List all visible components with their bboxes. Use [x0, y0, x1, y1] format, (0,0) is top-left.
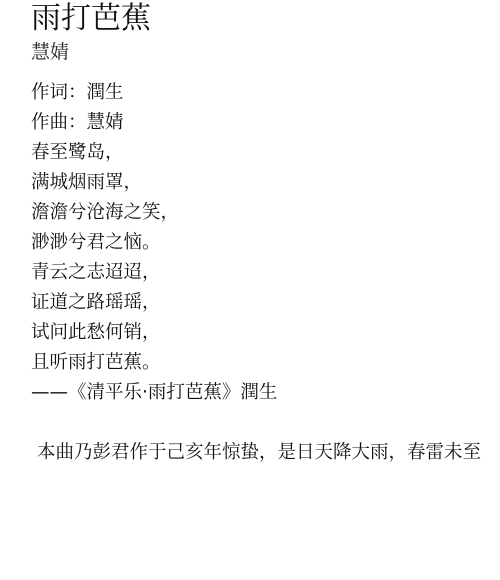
lyric-line: 作曲：慧婧 — [31, 108, 500, 138]
lyric-line: 渺渺兮君之恼。 — [31, 228, 500, 258]
lyrics-list: 作词：潤生 作曲：慧婧 春至鹭岛， 满城烟雨罩， 澹澹兮沧海之笑， 渺渺兮君之恼… — [31, 78, 500, 408]
lyric-line: 春至鹭岛， — [31, 138, 500, 168]
lyric-line: 且听雨打芭蕉。 — [31, 348, 500, 378]
song-description: 本曲乃彭君作于己亥年惊蛰，是日天降大雨，春雷未至 — [31, 438, 500, 468]
lyric-line: 试问此愁何销， — [31, 318, 500, 348]
lyrics-page: 雨打芭蕉 慧婧 作词：潤生 作曲：慧婧 春至鹭岛， 满城烟雨罩， 澹澹兮沧海之笑… — [31, 0, 500, 580]
lyric-line: 澹澹兮沧海之笑， — [31, 198, 500, 228]
lyric-attribution: ——《清平乐·雨打芭蕉》潤生 — [31, 378, 500, 408]
song-artist: 慧婧 — [31, 38, 500, 66]
lyric-line: 作词：潤生 — [31, 78, 500, 108]
song-title: 雨打芭蕉 — [31, 0, 500, 38]
lyric-line: 证道之路瑶瑶， — [31, 288, 500, 318]
lyric-line: 满城烟雨罩， — [31, 168, 500, 198]
lyric-line: 青云之志迢迢， — [31, 258, 500, 288]
